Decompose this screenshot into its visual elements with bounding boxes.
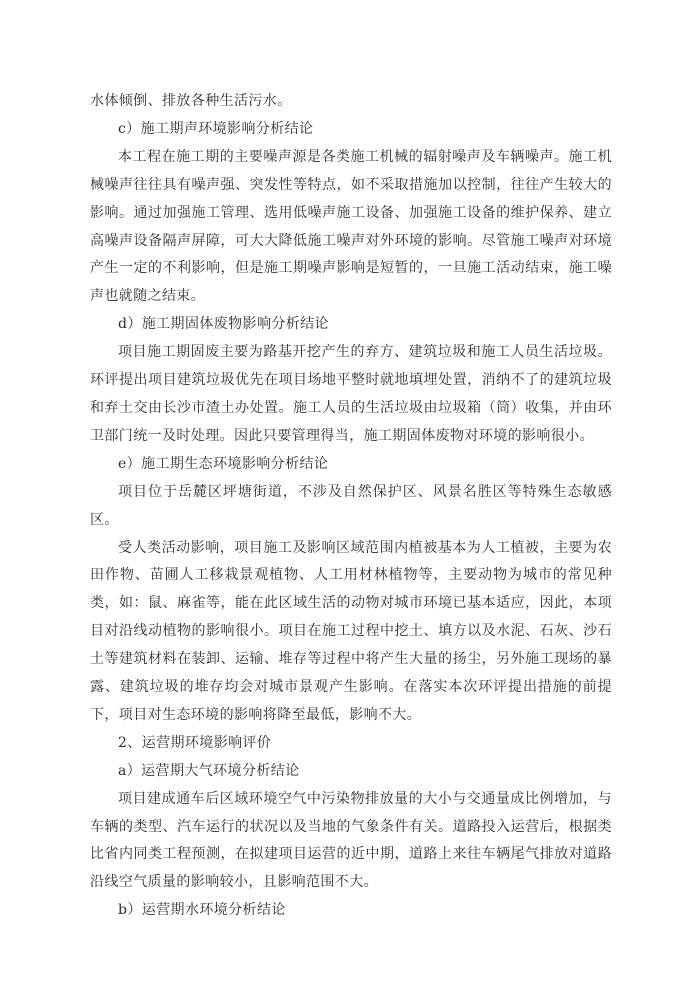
document-page: 水体倾倒、排放各种生活污水。 c）施工期声环境影响分析结论 本工程在施工期的主要…	[0, 0, 700, 989]
para-ecology-impact: 受人类活动影响，项目施工及影响区域范围内植被基本为人工植被，主要为农田作物、苗圃…	[90, 535, 612, 730]
para-operation-air: 项目建成通车后区域环境空气中污染物排放量的大小与交通量成比例增加，与车辆的类型、…	[90, 786, 612, 898]
para-construction-noise: 本工程在施工期的主要噪声源是各类施工机械的辐射噪声及车辆噪声。施工机械噪声往往具…	[90, 144, 612, 311]
heading-construction-ecology-conclusion: e）施工期生态环境影响分析结论	[90, 451, 612, 479]
document-body: 水体倾倒、排放各种生活污水。 c）施工期声环境影响分析结论 本工程在施工期的主要…	[90, 88, 612, 925]
heading-operation-period-evaluation: 2、运营期环境影响评价	[90, 730, 612, 758]
heading-operation-air-conclusion: a）运营期大气环境分析结论	[90, 758, 612, 786]
para-continuation-wastewater: 水体倾倒、排放各种生活污水。	[90, 88, 612, 116]
para-project-location: 项目位于岳麓区坪塘街道，不涉及自然保护区、风景名胜区等特殊生态敏感区。	[90, 479, 612, 535]
heading-operation-water-conclusion: b）运营期水环境分析结论	[90, 897, 612, 925]
heading-construction-solid-waste-conclusion: d）施工期固体废物影响分析结论	[90, 311, 612, 339]
heading-construction-noise-conclusion: c）施工期声环境影响分析结论	[90, 116, 612, 144]
para-construction-solid-waste: 项目施工期固废主要为路基开挖产生的弃方、建筑垃圾和施工人员生活垃圾。环评提出项目…	[90, 339, 612, 451]
